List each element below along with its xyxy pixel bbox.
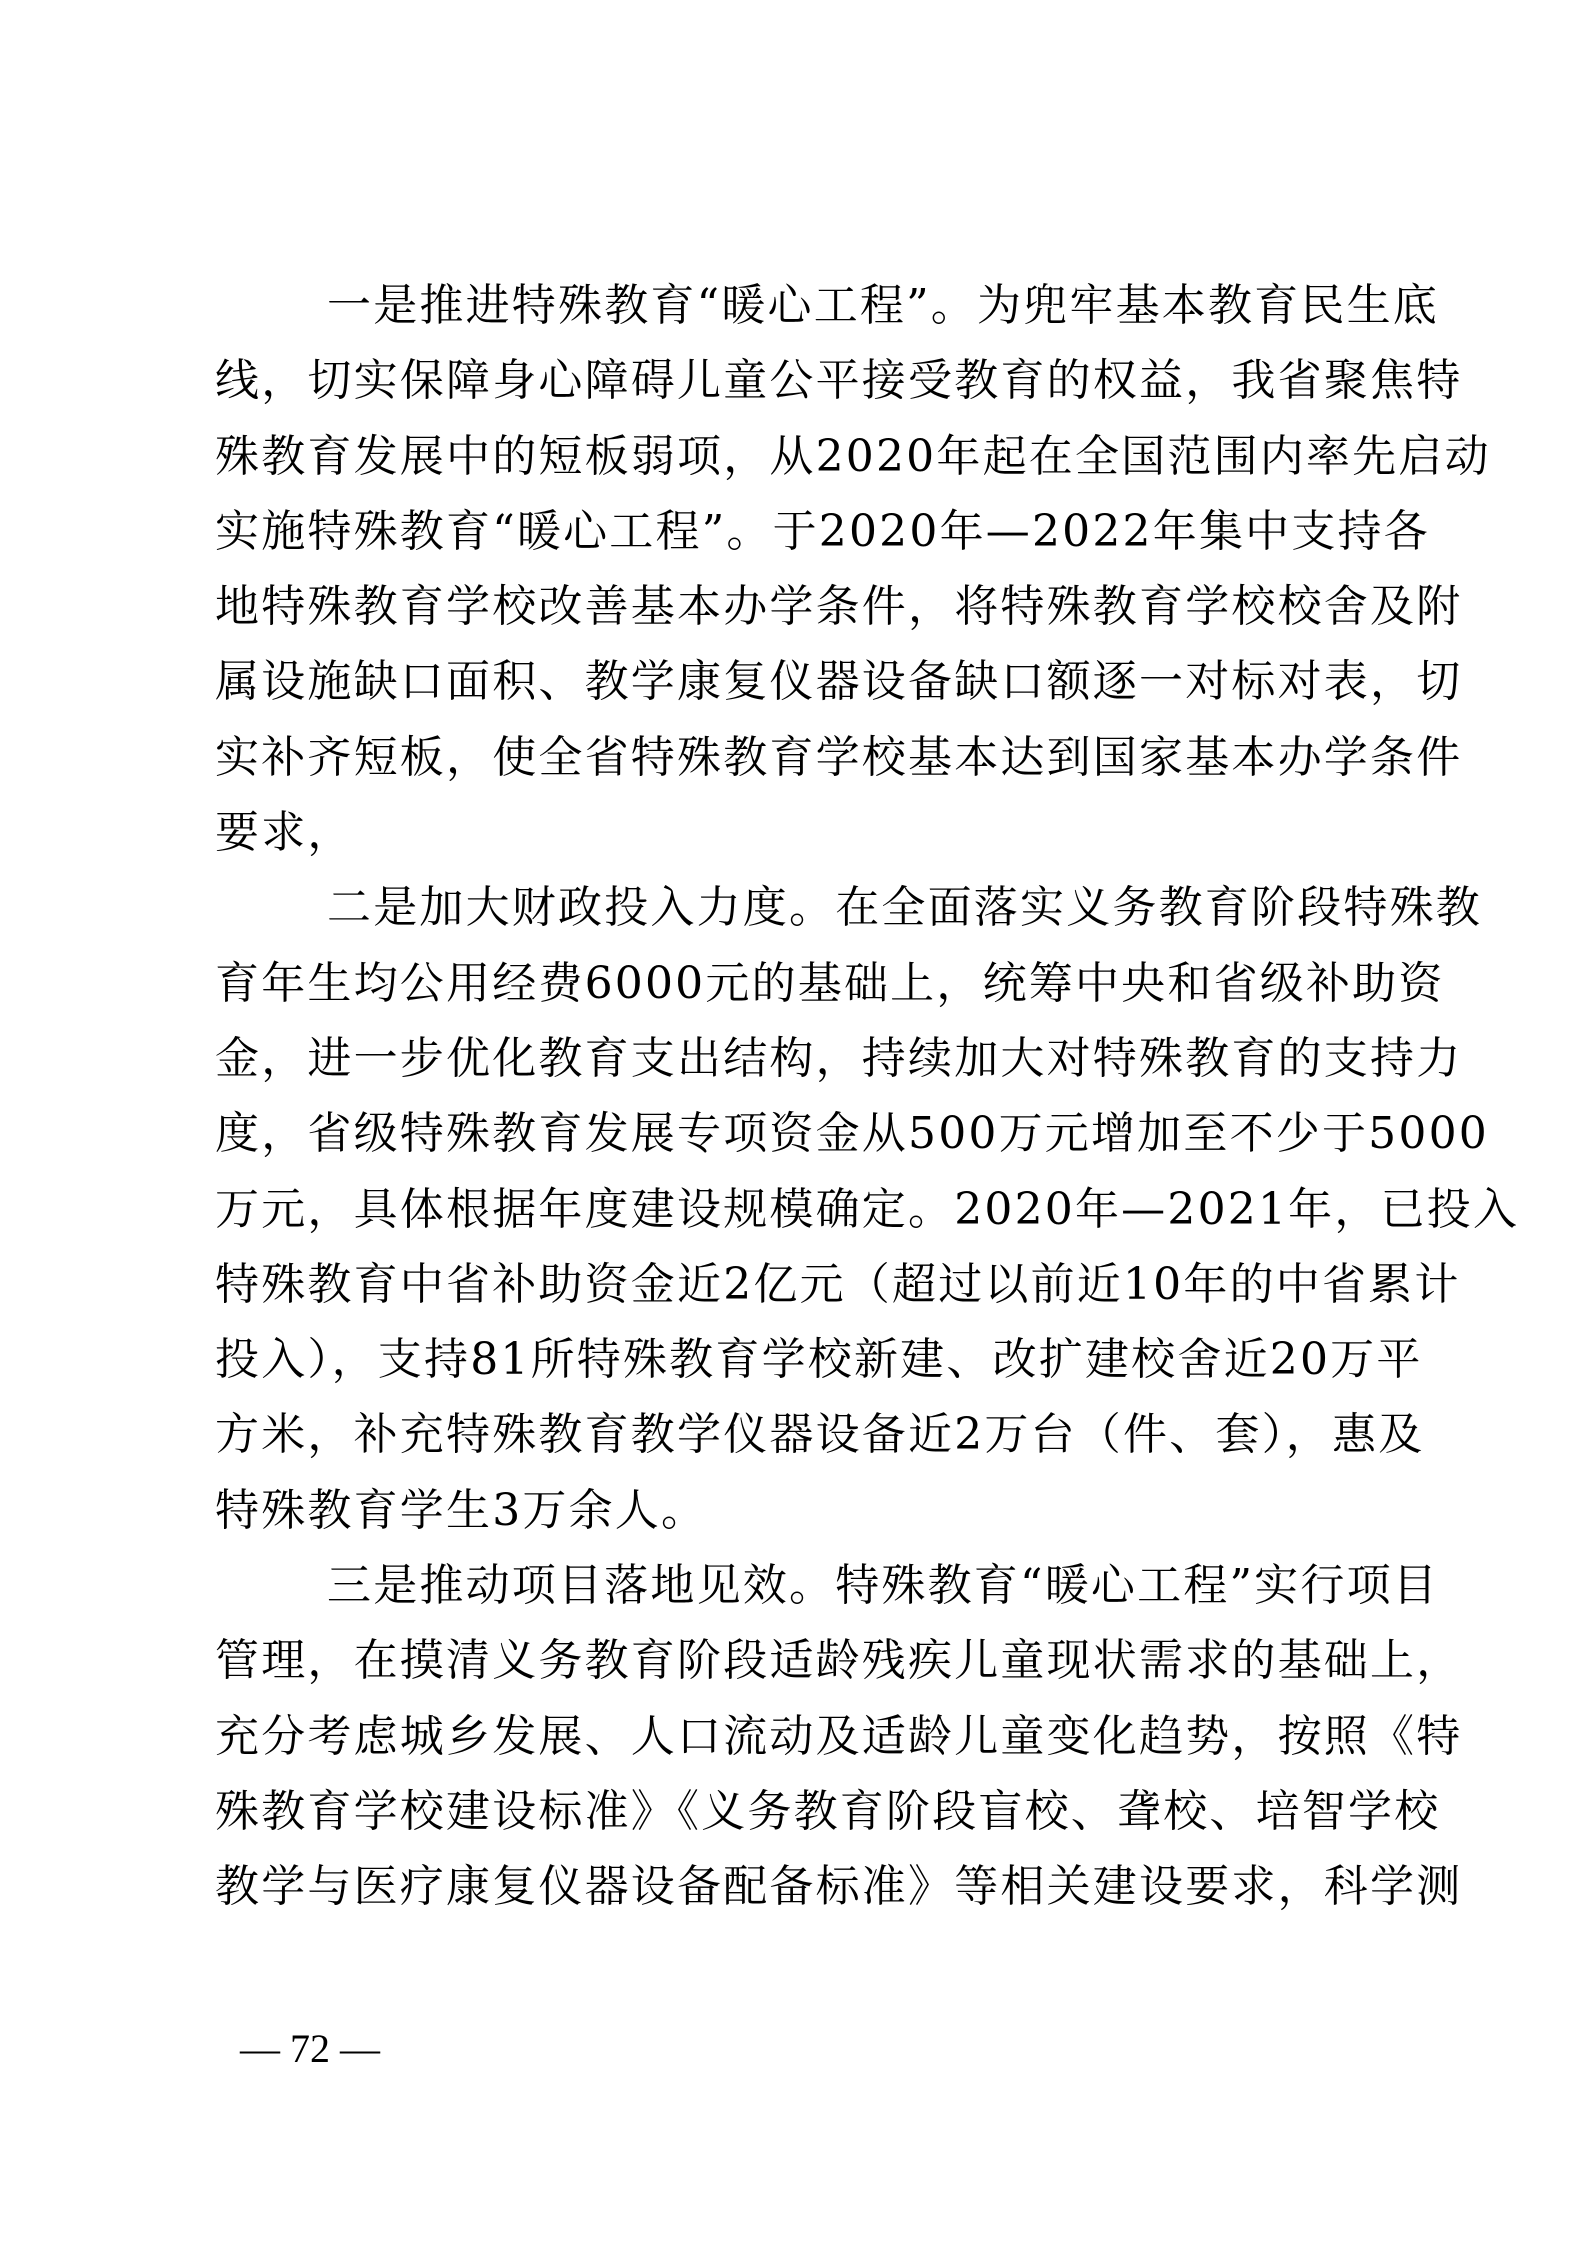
text-line: 殊教育学校建设标准》《义务教育阶段盲校、聋校、培智学校	[215, 1774, 1405, 1849]
text-line: 属设施缺口面积、教学康复仪器设备缺口额逐一对标对表，切	[215, 644, 1405, 719]
text-line: 教学与医疗康复仪器设备配备标准》等相关建设要求，科学测	[215, 1849, 1405, 1924]
text-line: 实补齐短板，使全省特殊教育学校基本达到国家基本办学条件	[215, 720, 1405, 795]
text-line: 三是推动项目落地见效。特殊教育“暖心工程”实行项目	[215, 1548, 1405, 1623]
text-line: 管理，在摸清义务教育阶段适龄残疾儿童现状需求的基础上，	[215, 1623, 1405, 1698]
text-line: 要求，	[215, 795, 1405, 870]
document-page: 一是推进特殊教育“暖心工程”。为兜牢基本教育民生底 线，切实保障身心障碍儿童公平…	[0, 0, 1587, 2245]
text-line: 度，省级特殊教育发展专项资金从500万元增加至不少于5000	[215, 1096, 1405, 1171]
text-line: 金，进一步优化教育支出结构，持续加大对特殊教育的支持力	[215, 1021, 1405, 1096]
text-line: 特殊教育学生3万余人。	[215, 1473, 1405, 1548]
paragraph-project-implementation: 三是推动项目落地见效。特殊教育“暖心工程”实行项目 管理，在摸清义务教育阶段适龄…	[215, 1548, 1405, 1924]
text-line: 充分考虑城乡发展、人口流动及适龄儿童变化趋势，按照《特	[215, 1699, 1405, 1774]
text-line: 线，切实保障身心障碍儿童公平接受教育的权益，我省聚焦特	[215, 343, 1405, 418]
paragraph-warm-heart-project: 一是推进特殊教育“暖心工程”。为兜牢基本教育民生底 线，切实保障身心障碍儿童公平…	[215, 268, 1405, 870]
text-line: 地特殊教育学校改善基本办学条件，将特殊教育学校校舍及附	[215, 569, 1405, 644]
text-line: 育年生均公用经费6000元的基础上，统筹中央和省级补助资	[215, 946, 1405, 1021]
paragraph-financial-investment: 二是加大财政投入力度。在全面落实义务教育阶段特殊教 育年生均公用经费6000元的…	[215, 870, 1405, 1548]
text-line: 方米，补充特殊教育教学仪器设备近2万台（件、套），惠及	[215, 1397, 1405, 1472]
text-line: 万元，具体根据年度建设规模确定。2020年—2021年，已投入	[215, 1172, 1405, 1247]
text-line: 殊教育发展中的短板弱项，从2020年起在全国范围内率先启动	[215, 419, 1405, 494]
text-line: 投入），支持81所特殊教育学校新建、改扩建校舍近20万平	[215, 1322, 1405, 1397]
text-line: 实施特殊教育“暖心工程”。于2020年—2022年集中支持各	[215, 494, 1405, 569]
text-line: 特殊教育中省补助资金近2亿元（超过以前近10年的中省累计	[215, 1247, 1405, 1322]
text-line: 一是推进特殊教育“暖心工程”。为兜牢基本教育民生底	[215, 268, 1405, 343]
text-line: 二是加大财政投入力度。在全面落实义务教育阶段特殊教	[215, 870, 1405, 945]
document-body: 一是推进特殊教育“暖心工程”。为兜牢基本教育民生底 线，切实保障身心障碍儿童公平…	[215, 268, 1405, 1925]
page-number: — 72 —	[240, 2025, 380, 2072]
